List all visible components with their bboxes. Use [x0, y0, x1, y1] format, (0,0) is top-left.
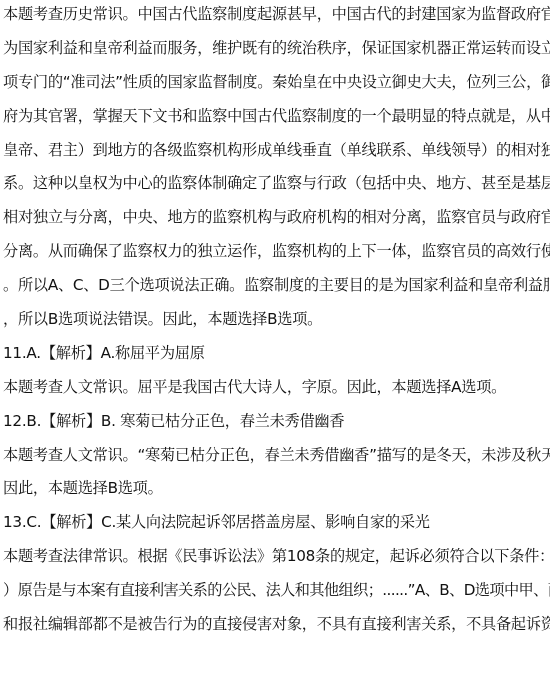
question-13-explanation-2: ）原告是与本案有直接利害关系的公民、法人和其他组织；......”A、B、D选项… [3, 576, 550, 610]
text-line-2: 为国家利益和皇帝利益而服务，维护既有的统治秩序，保证国家机器正常运转而设立的一 [3, 34, 550, 68]
text-line-9: 。所以A、C、D三个选项说法正确。监察制度的主要目的是为国家利益和皇帝利益服务的 [3, 271, 550, 305]
question-12-conclusion: 因此，本题选择B选项。 [3, 474, 550, 508]
text-line-7: 相对独立与分离，中央、地方的监察机构与政府机构的相对分离，监察官员与政府官僚的 [3, 203, 550, 237]
text-line-4: 府为其官署，掌握天下文书和监察中国古代监察制度的一个最明显的特点就是，从中央（ [3, 102, 550, 136]
question-13-heading: 13.C.【解析】C.某人向法院起诉邻居搭盖房屋、影响自家的采光 [3, 508, 550, 542]
question-12-explanation: 本题考查人文常识。“寒菊已枯分正色，春兰未秀借幽香”描写的是冬天，未涉及秋天。 [3, 441, 550, 475]
text-line-10: ，所以B选项说法错误。因此，本题选择B选项。 [3, 305, 550, 339]
text-line-3: 项专门的“准司法”性质的国家监督制度。秦始皇在中央设立御史大夫，位列三公，御史 [3, 68, 550, 102]
text-line-8: 分离。从而确保了监察权力的独立运作，监察机构的上下一体，监察官员的高效行使权力 [3, 237, 550, 271]
question-11-heading: 11.A.【解析】A.称屈平为屈原 [3, 339, 550, 373]
text-line-6: 系。这种以皇权为中心的监察体制确定了监察与行政（包括中央、地方、甚至是基层）的 [3, 169, 550, 203]
question-13-explanation-1: 本题考查法律常识。根据《民事诉讼法》第108条的规定，起诉必须符合以下条件：（一 [3, 542, 550, 576]
question-11-explanation: 本题考查人文常识。屈平是我国古代大诗人，字原。因此，本题选择A选项。 [3, 373, 550, 407]
question-13-explanation-3: 和报社编辑部都不是被告行为的直接侵害对象，不具有直接利害关系，不具备起诉资格。 [3, 610, 550, 644]
text-line-1: 本题考查历史常识。中国古代监察制度起源甚早，中国古代的封建国家为监督政府官员， [3, 0, 550, 34]
text-line-5: 皇帝、君主）到地方的各级监察机构形成单线垂直（单线联系、单线领导）的相对独立体 [3, 136, 550, 170]
question-12-heading: 12.B.【解析】B. 寒菊已枯分正色，春兰未秀借幽香 [3, 407, 550, 441]
answer-explanation-document: 本题考查历史常识。中国古代监察制度起源甚早，中国古代的封建国家为监督政府官员， … [3, 0, 550, 644]
